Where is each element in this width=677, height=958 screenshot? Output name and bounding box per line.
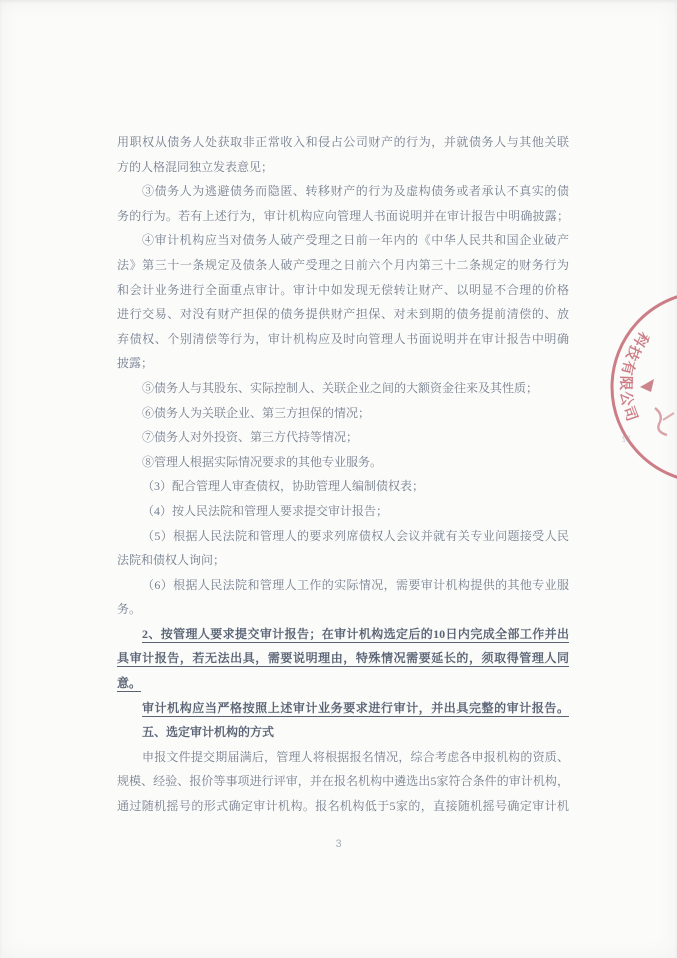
document-line: 和会计业务进行全面重点审计。审计中如发现无偿转让财产、以明显不合理的价格 <box>117 278 569 303</box>
document-line: 务。 <box>117 597 569 622</box>
document-line: 规模、经验、报价等事项进行评审，并在报名机构中遴选出5家符合条件的审计机构， <box>117 769 569 794</box>
document-body: 用职权从债务人处获取非正常收入和侵占公司财产的行为，并就债务人与其他关联 方的人… <box>117 130 569 819</box>
document-line-emphasized: 审计机构应当严格按照上述审计业务要求进行审计，并出具完整的审计报告。 <box>117 696 569 721</box>
document-line: 用职权从债务人处获取非正常收入和侵占公司财产的行为，并就债务人与其他关联 <box>117 130 569 155</box>
document-line: 弃债权、个别清偿等行为，审计机构应及时向管理人书面说明并在审计报告中明确 <box>117 327 569 352</box>
document-line: （3）配合管理人审查债权，协助管理人编制债权表； <box>117 474 569 499</box>
document-line: ⑧管理人根据实际情况要求的其他专业服务。 <box>117 450 569 475</box>
seal-arc-text-wrap: 科技有限公司 <box>617 328 653 425</box>
document-line: ⑥债务人为关联企业、第三方担保的情况； <box>117 401 569 426</box>
document-line: ⑦债务人对外投资、第三方代持等情况； <box>117 425 569 450</box>
document-line: （6）根据人民法院和管理人工作的实际情况，需要审计机构提供的其他专业服 <box>117 573 569 598</box>
document-line: 务的行为。若有上述行为，审计机构应向管理人书面说明并在审计报告中明确披露； <box>117 204 569 229</box>
seal-arc-text: 科技有限公司 <box>617 328 653 425</box>
seal-star-fragment <box>640 379 654 392</box>
document-line: 披露； <box>117 351 569 376</box>
document-line: ④审计机构应当对债务人破产受理之日前一年内的《中华人民共和国企业破产 <box>117 228 569 253</box>
document-line: 方的人格混同独立发表意见； <box>117 155 569 180</box>
document-line-emphasized: 2、按管理人要求提交审计报告；在审计机构选定后的10日内完成全部工作并出 <box>117 622 569 647</box>
document-line: （4）按人民法院和管理人要求提交审计报告； <box>117 499 569 524</box>
document-line: ⑤债务人与其股东、实际控制人、关联企业之间的大额资金往来及其性质； <box>117 376 569 401</box>
document-line: （5）根据人民法院和管理人的要求列席债权人会议并就有关专业问题接受人民 <box>117 524 569 549</box>
red-seal-stamp: 科技有限公司 12 <box>597 292 677 484</box>
document-line: 进行交易、对没有财产担保的债务提供财产担保、对未到期的债务提前清偿的、放 <box>117 302 569 327</box>
seal-inner-glyph-fragment <box>655 408 667 435</box>
pencil-mark: 12 <box>621 434 632 444</box>
document-line-emphasized: 意。 <box>117 671 569 696</box>
document-line: 申报文件提交期届满后，管理人将根据报名情况，综合考虑各申报机构的资质、 <box>117 745 569 770</box>
scanned-document-page: 用职权从债务人处获取非正常收入和侵占公司财产的行为，并就债务人与其他关联 方的人… <box>0 0 677 958</box>
seal-circle <box>612 292 677 482</box>
page-number: 3 <box>0 838 677 850</box>
document-line-emphasized: 具审计报告，若无法出具，需要说明理由，特殊情况需要延长的，须取得管理人同 <box>117 646 569 671</box>
seal-inner-glyph-fragment <box>663 413 674 420</box>
document-section-heading: 五、选定审计机构的方式 <box>117 720 569 745</box>
document-line: ③债务人为逃避债务而隐匿、转移财产的行为及虚构债务或者承认不真实的债 <box>117 179 569 204</box>
document-line: 通过随机摇号的形式确定审计机构。报名机构低于5家的，直接随机摇号确定审计机 <box>117 794 569 819</box>
document-line: 法院和债权人询问； <box>117 548 569 573</box>
document-line: 法》第三十一条规定及债条人破产受理之日前六个月内第三十二条规定的财务行为 <box>117 253 569 278</box>
